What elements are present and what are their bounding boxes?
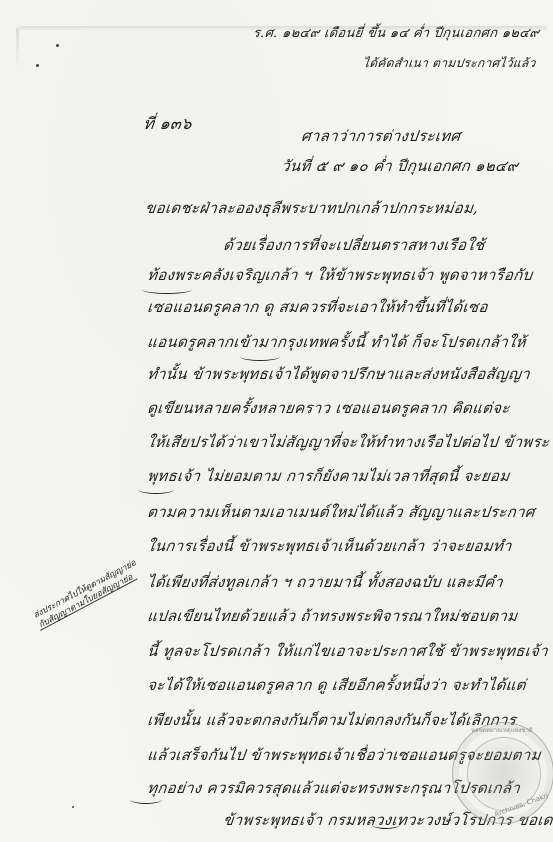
header-reference-line1: ร.ศ. ๑๒๔๙ เดือนยี่ ขึ้น ๑๔ ค่ำ ปีกุนเอกศ… — [252, 22, 540, 43]
margin-annotation-line1: ส่งประกาศไปให้ดูตามสัญญาย่อ — [32, 558, 138, 621]
paper-speck — [72, 806, 74, 808]
sender-office-date: วันที่ ๕ ๙ ๑๐ ค่ำ ปีกุนเอกศก ๑๒๔๙ — [280, 154, 519, 178]
ink-stroke — [138, 485, 174, 494]
body-line: จะได้ให้เซอแอนดรูคลาก ดู เสียอีกครั้งหนึ… — [146, 673, 527, 697]
salutation: ขอเดชะฝ่าละอองธุลีพระบาทปกเกล้าปกกระหม่อ… — [144, 196, 480, 220]
body-line: ได้เพียงที่ส่งทูลเกล้า ฯ ถวายมานี้ ทั้งส… — [146, 570, 504, 594]
body-line: ให้เสียปรได้ว่าเขาไม่สัญญาที่จะให้ทำทางเ… — [146, 430, 551, 454]
body-line: แอนดรูคลากเข้ามากรุงเทพครั้งนี้ ทำได้ ก็… — [146, 330, 527, 354]
paper-speck — [36, 64, 39, 67]
folio-number: ที่ ๑๓๖ — [142, 112, 193, 137]
stamp-text-top: หอจดหมายเหตุแห่งชาติ — [471, 725, 533, 735]
body-line: ด้วยเรื่องการที่จะเปลี่ยนตราสหางเรือใช้ — [222, 233, 486, 257]
paper-speck — [56, 44, 59, 47]
body-line: ดูเขียนหลายครั้งหลายคราว เซอแอนดรูคลาก ค… — [146, 396, 511, 420]
margin-annotation: ส่งประกาศไปให้ดูตามสัญญาย่อ กับสัญญาตามใ… — [32, 558, 143, 631]
archive-stamp: หอจดหมายเหตุแห่งชาติ Archives, Chakri — [452, 722, 553, 824]
ink-stroke — [240, 352, 280, 361]
body-line: แปลเขียนไทยด้วยแล้ว ถ้าทรงพระพิจารณาใหม่… — [146, 604, 519, 628]
body-line: ตามความเห็นตามเอาเมนต์ใหม่ได้แล้ว สัญญาแ… — [146, 500, 536, 524]
ink-stroke — [142, 285, 192, 294]
ink-stroke — [130, 795, 162, 804]
header-reference-line2: ได้คัดสำเนา ตามประกาศไว้แล้ว — [362, 54, 537, 73]
body-line: ทำนั้น ข้าพระพุทธเจ้าได้พูดจาปรึกษาและส่… — [146, 362, 531, 386]
ink-stroke — [372, 820, 400, 829]
body-line: ในการเรื่องนี้ ข้าพระพุทธเจ้าเห็นด้วยเกล… — [146, 534, 513, 558]
document-page: ร.ศ. ๑๒๔๙ เดือนยี่ ขึ้น ๑๔ ค่ำ ปีกุนเอกศ… — [0, 0, 553, 842]
body-line: ท้องพระคลังเจริญเกล้า ฯ ให้ข้าพระพุทธเจ้… — [146, 263, 534, 287]
page-left-edge — [16, 28, 19, 68]
body-line: เซอแอนดรูคลาก ดู สมควรที่จะเอาให้ทำขึ้นท… — [146, 295, 489, 319]
body-line: พุทธเจ้า ไม่ยอมตาม การก็ยังคามไม่เวลาที่… — [146, 464, 511, 488]
body-line: นี้ ทูลจะโปรดเกล้า ให้แก่ไขเอาจะประกาศใช… — [146, 639, 549, 663]
sender-office-line1: ศาลาว่าการต่างประเทศ — [300, 124, 462, 148]
body-line: เพียงนั้น แล้วจะตกลงกันก็ตามไม่ตกลงกันก็… — [146, 708, 517, 732]
